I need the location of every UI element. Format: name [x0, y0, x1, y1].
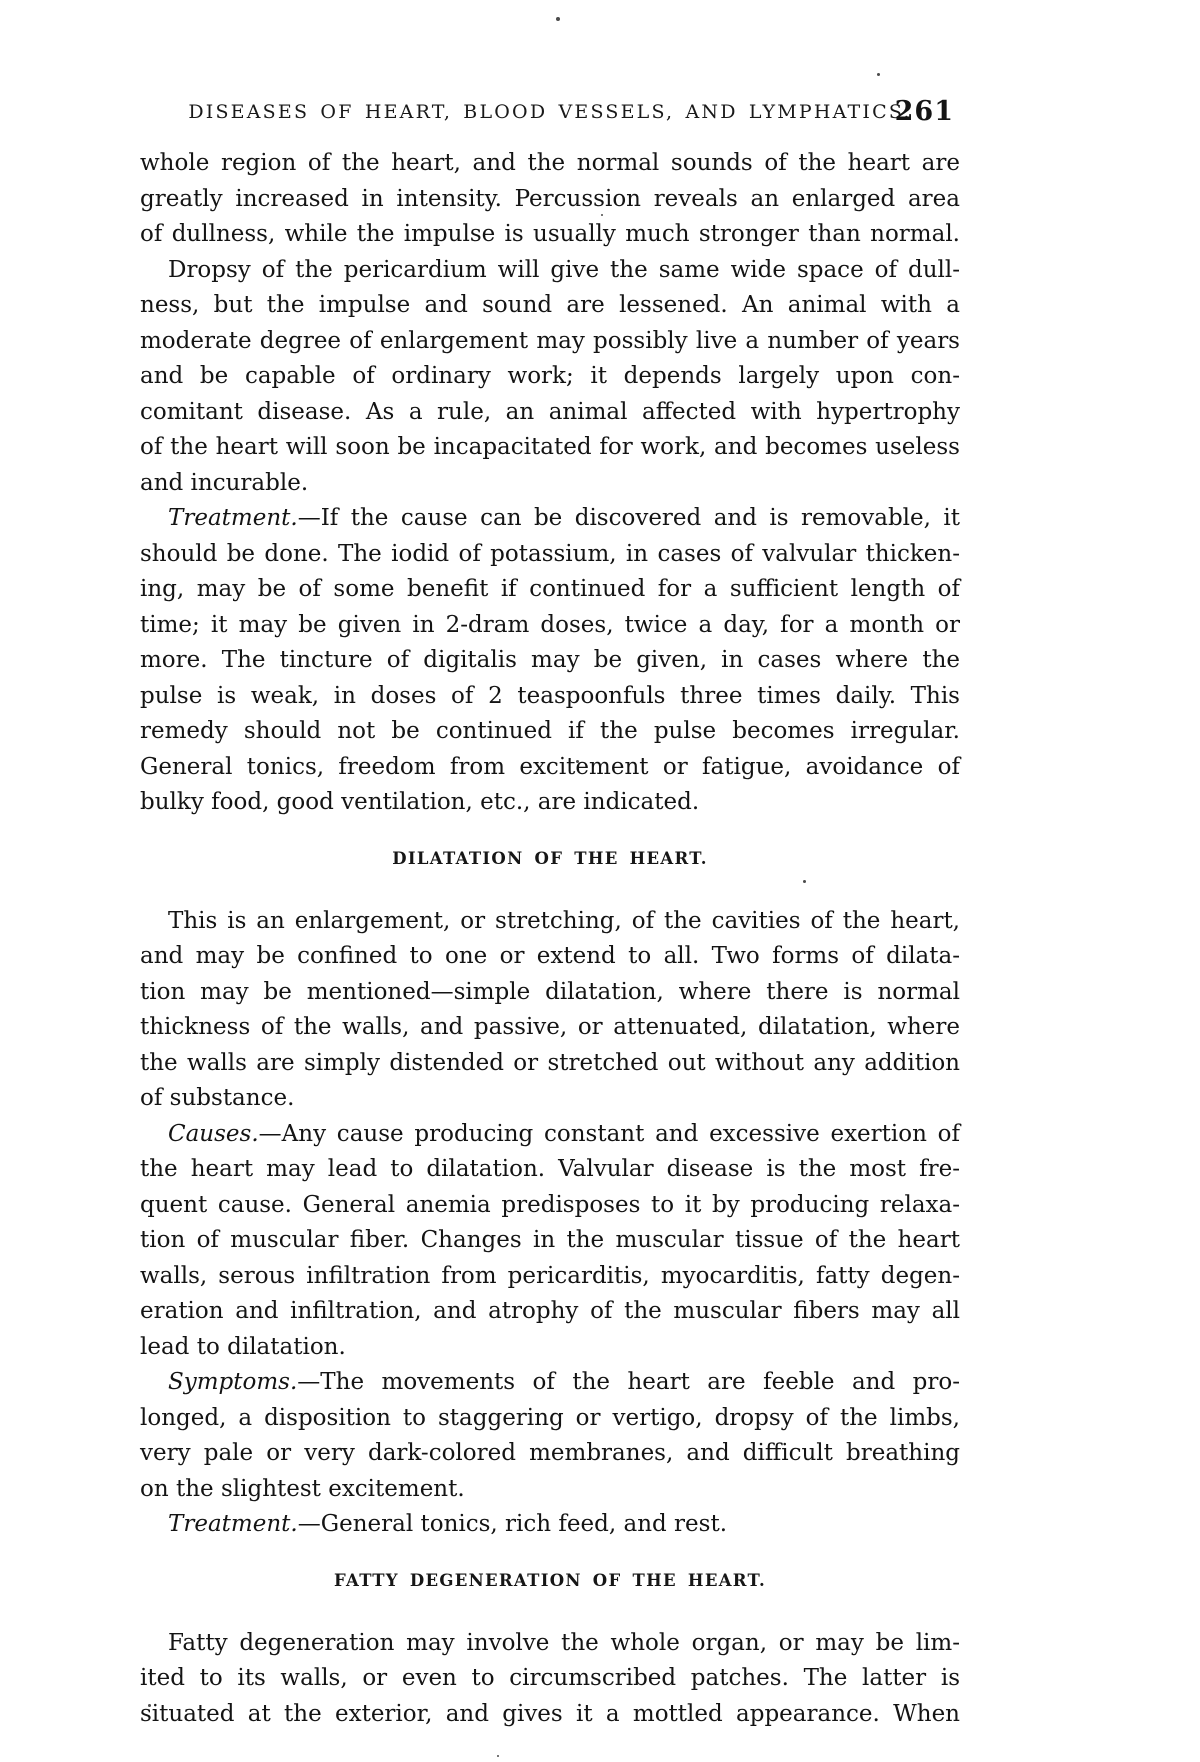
italic-lead-word: Causes.: [168, 1121, 259, 1147]
text-line: on the slightest excitement.: [140, 1472, 960, 1508]
text-line: lead to dilatation.: [140, 1330, 960, 1366]
text-line: of the heart will soon be incapacitated …: [140, 430, 960, 466]
scan-speck: [148, 1704, 151, 1707]
scan-speck: [803, 880, 806, 883]
paragraph: This is an enlargement, or stretching, o…: [140, 904, 960, 1117]
text-line: moderate degree of enlargement may possi…: [140, 324, 960, 360]
text-line: Fatty degeneration may involve the whole…: [140, 1626, 960, 1662]
text-line: longed, a disposition to staggering or v…: [140, 1401, 960, 1437]
text-line: ness, but the impulse and sound are less…: [140, 288, 960, 324]
text-line: and be capable of ordinary work; it depe…: [140, 359, 960, 395]
text-line: should be done. The iodid of potassium, …: [140, 537, 960, 573]
italic-lead-word: Treatment.: [168, 505, 298, 531]
paragraph: Causes.—Any cause producing constant and…: [140, 1117, 960, 1366]
section-heading: FATTY DEGENERATION OF THE HEART.: [140, 1569, 960, 1592]
text-line: whole region of the heart, and the norma…: [140, 146, 960, 182]
text-line: greatly increased in intensity. Percussi…: [140, 182, 960, 218]
paragraph: Treatment.—If the cause can be discovere…: [140, 501, 960, 821]
text-line: of dullness, while the impulse is usuall…: [140, 217, 960, 253]
text-line: walls, serous infiltration from pericard…: [140, 1259, 960, 1295]
page-number: 261: [895, 96, 954, 127]
text-line: Causes.—Any cause producing constant and…: [140, 1117, 960, 1153]
text-line: Symptoms.—The movements of the heart are…: [140, 1365, 960, 1401]
text-line: General tonics, freedom from excitement …: [140, 750, 960, 786]
text-line: the walls are simply distended or stretc…: [140, 1046, 960, 1082]
text-line: remedy should not be continued if the pu…: [140, 714, 960, 750]
text-line: bulky food, good ventilation, etc., are …: [140, 785, 960, 821]
text-line: comitant disease. As a rule, an animal a…: [140, 395, 960, 431]
text-line: situated at the exterior, and gives it a…: [140, 1697, 960, 1733]
text-line: and may be confined to one or extend to …: [140, 939, 960, 975]
running-header-title: DISEASES OF HEART, BLOOD VESSELS, AND LY…: [140, 96, 960, 123]
paragraph: Fatty degeneration may involve the whole…: [140, 1626, 960, 1733]
text-line: of substance.: [140, 1081, 960, 1117]
paragraph: Dropsy of the pericardium will give the …: [140, 253, 960, 502]
scan-speck: [497, 1755, 499, 1757]
running-header: DISEASES OF HEART, BLOOD VESSELS, AND LY…: [140, 96, 960, 132]
text-line: ing, may be of some benefit if continued…: [140, 572, 960, 608]
text-line: more. The tincture of digitalis may be g…: [140, 643, 960, 679]
text-line: Dropsy of the pericardium will give the …: [140, 253, 960, 289]
scan-speck: [601, 214, 603, 216]
section-heading: DILATATION OF THE HEART.: [140, 847, 960, 870]
text-line: ited to its walls, or even to circumscri…: [140, 1661, 960, 1697]
scan-speck: [877, 73, 880, 76]
text-line: and incurable.: [140, 466, 960, 502]
scan-speck: [556, 17, 560, 21]
text-line: quent cause. General anemia predisposes …: [140, 1188, 960, 1224]
text-line: tion may be mentioned—simple dilatation,…: [140, 975, 960, 1011]
text-line: thickness of the walls, and passive, or …: [140, 1010, 960, 1046]
text-line: tion of muscular fiber. Changes in the m…: [140, 1223, 960, 1259]
text-line: Treatment.—General tonics, rich feed, an…: [140, 1507, 960, 1543]
book-page: DISEASES OF HEART, BLOOD VESSELS, AND LY…: [0, 0, 1200, 1762]
text-line: the heart may lead to dilatation. Valvul…: [140, 1152, 960, 1188]
text-line: time; it may be given in 2-dram doses, t…: [140, 608, 960, 644]
page-body: whole region of the heart, and the norma…: [140, 146, 960, 1732]
text-line: pulse is weak, in doses of 2 teaspoonful…: [140, 679, 960, 715]
paragraph: Treatment.—General tonics, rich feed, an…: [140, 1507, 960, 1543]
italic-lead-word: Symptoms.: [168, 1369, 297, 1395]
text-line: very pale or very dark-colored membranes…: [140, 1436, 960, 1472]
paragraph: Symptoms.—The movements of the heart are…: [140, 1365, 960, 1507]
text-line: eration and infiltration, and atrophy of…: [140, 1294, 960, 1330]
italic-lead-word: Treatment.: [168, 1511, 298, 1537]
scan-speck: [576, 760, 579, 763]
paragraph: whole region of the heart, and the norma…: [140, 146, 960, 253]
text-line: Treatment.—If the cause can be discovere…: [140, 501, 960, 537]
text-line: This is an enlargement, or stretching, o…: [140, 904, 960, 940]
